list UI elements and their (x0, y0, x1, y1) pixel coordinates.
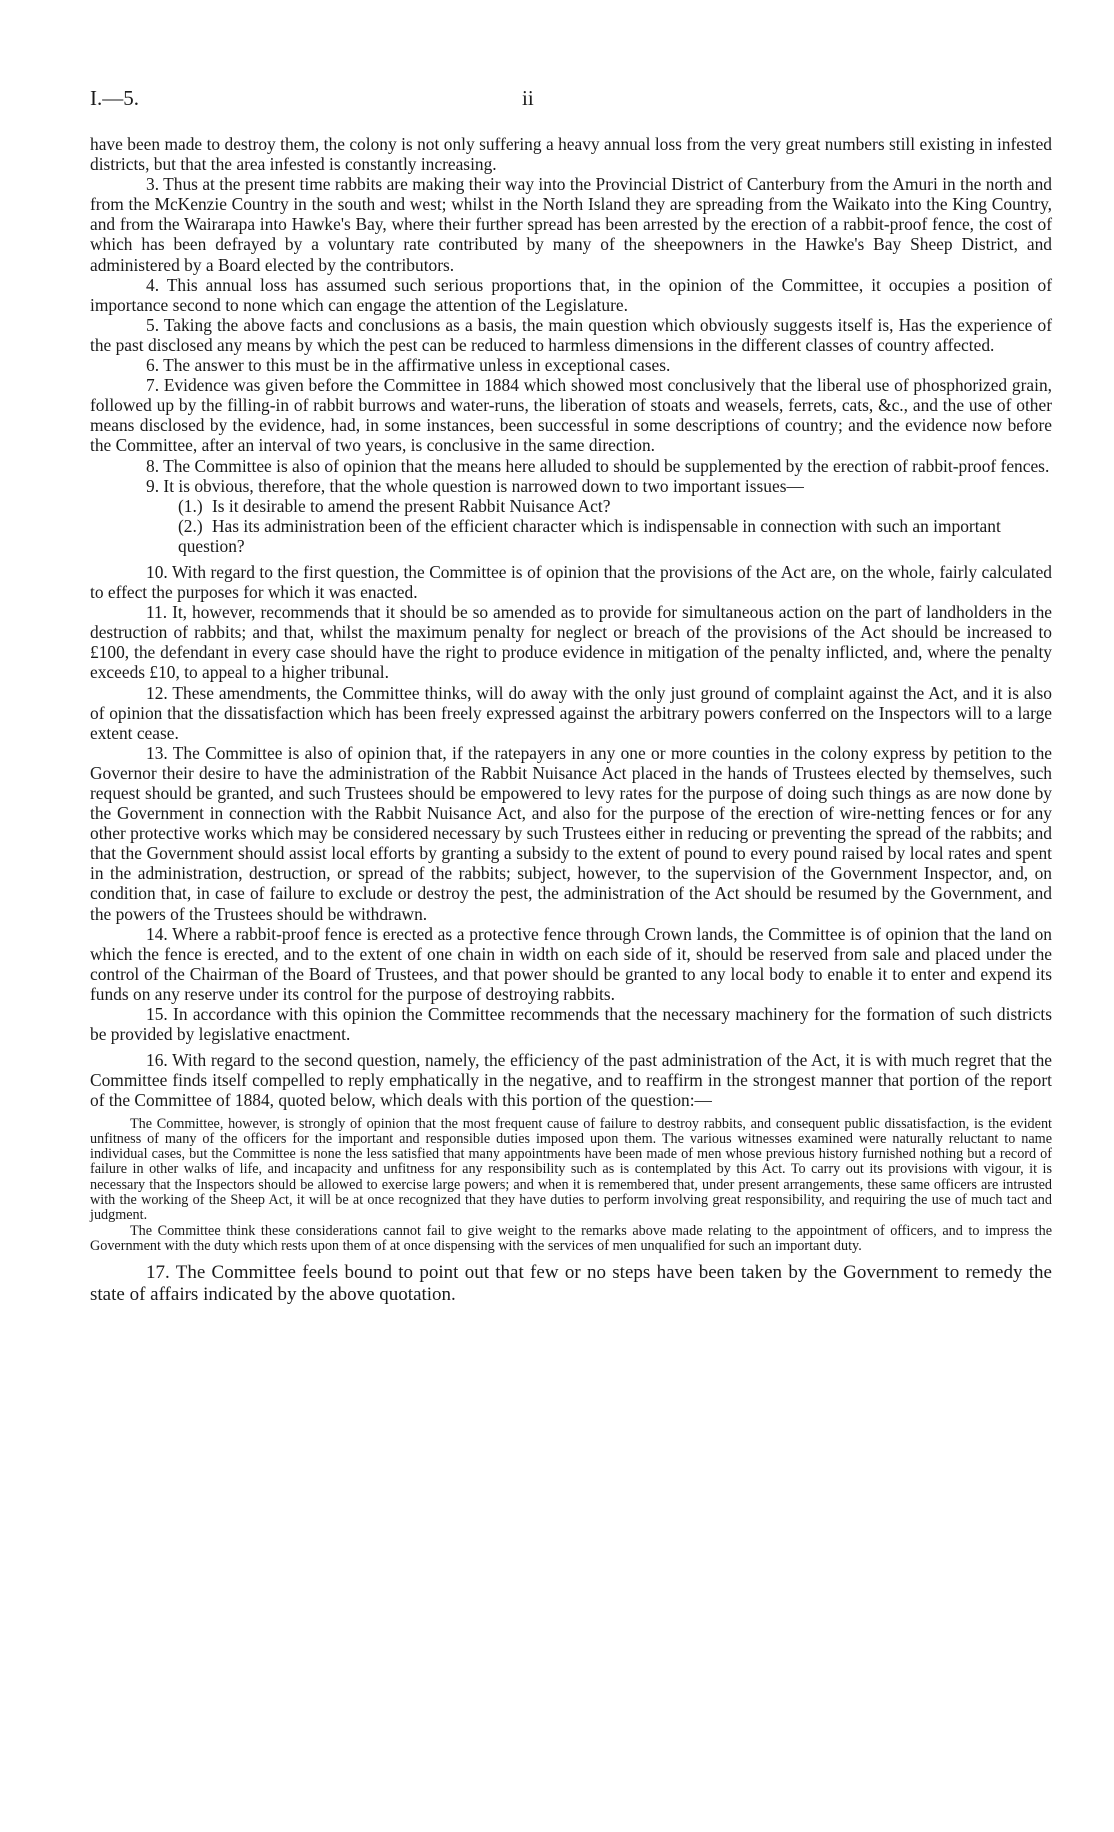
block-quotation: The Committee, however, is strongly of o… (90, 1117, 1052, 1255)
document-reference: I.—5. (90, 86, 139, 111)
paragraph-10: 10. With regard to the first question, t… (90, 562, 1052, 602)
paragraph-text: Evidence was given before the Committee … (90, 375, 1052, 455)
issue-number: (2.) (178, 516, 212, 536)
paragraph-16: 16. With regard to the second question, … (90, 1050, 1052, 1110)
paragraph-text: Thus at the present time rabbits are mak… (90, 174, 1052, 274)
issue-2: (2.)Has its administration been of the e… (90, 516, 1052, 556)
paragraph-text: This annual loss has assumed such seriou… (90, 275, 1052, 315)
paragraph-number: 10. (146, 562, 168, 582)
paragraph-14: 14. Where a rabbit-proof fence is erecte… (90, 924, 1052, 1004)
paragraph-number: 17. (146, 1262, 170, 1283)
paragraph-text: Where a rabbit-proof fence is erected as… (90, 924, 1052, 1004)
paragraph-number: 16. (146, 1050, 168, 1070)
paragraph-12: 12. These amendments, the Committee thin… (90, 683, 1052, 743)
paragraph-number: 4. (146, 275, 159, 295)
paragraph-15: 15. In accordance with this opinion the … (90, 1004, 1052, 1044)
quotation-paragraph: The Committee think these considerations… (90, 1224, 1052, 1255)
paragraph-text: Taking the above facts and conclusions a… (90, 315, 1052, 355)
page-number: ii (522, 86, 534, 111)
paragraph-number: 15. (146, 1004, 168, 1024)
paragraph-text: The Committee feels bound to point out t… (90, 1262, 1052, 1305)
issue-text: Is it desirable to amend the present Rab… (212, 496, 610, 516)
paragraph-13: 13. The Committee is also of opinion tha… (90, 743, 1052, 924)
running-head: I.—5. ii (90, 86, 1052, 110)
paragraph-11: 11. It, however, recommends that it shou… (90, 602, 1052, 682)
document-body: have been made to destroy them, the colo… (90, 134, 1052, 1306)
quotation-paragraph: The Committee, however, is strongly of o… (90, 1117, 1052, 1224)
paragraph-number: 6. (146, 355, 159, 375)
issue-number: (1.) (178, 496, 212, 516)
paragraph-number: 14. (146, 924, 168, 944)
paragraph-6: 6. The answer to this must be in the aff… (90, 355, 1052, 375)
issue-text: Has its administration been of the effic… (178, 516, 1001, 556)
intro-paragraph: have been made to destroy them, the colo… (90, 134, 1052, 174)
paragraph-text: With regard to the second question, name… (90, 1050, 1052, 1110)
paragraph-text: In accordance with this opinion the Comm… (90, 1004, 1052, 1044)
issue-1: (1.)Is it desirable to amend the present… (90, 496, 1052, 516)
paragraph-number: 11. (146, 602, 167, 622)
paragraph-text: With regard to the first question, the C… (90, 562, 1052, 602)
paragraph-number: 8. (146, 456, 159, 476)
paragraph-5: 5. Taking the above facts and conclusion… (90, 315, 1052, 355)
paragraph-number: 9. (146, 476, 159, 496)
paragraph-17: 17. The Committee feels bound to point o… (90, 1262, 1052, 1306)
paragraph-text: These amendments, the Committee thinks, … (90, 683, 1052, 743)
paragraph-text: The Committee is also of opinion that th… (163, 456, 1049, 476)
paragraph-text: The answer to this must be in the affirm… (163, 355, 670, 375)
paragraph-8: 8. The Committee is also of opinion that… (90, 456, 1052, 476)
paragraph-4: 4. This annual loss has assumed such ser… (90, 275, 1052, 315)
paragraph-text: It is obvious, therefore, that the whole… (163, 476, 803, 496)
paragraph-text: The Committee is also of opinion that, i… (90, 743, 1052, 924)
paragraph-number: 7. (146, 375, 159, 395)
paragraph-number: 12. (146, 683, 168, 703)
paragraph-3: 3. Thus at the present time rabbits are … (90, 174, 1052, 274)
paragraph-9: 9. It is obvious, therefore, that the wh… (90, 476, 1052, 496)
paragraph-number: 3. (146, 174, 159, 194)
paragraph-number: 13. (146, 743, 168, 763)
paragraph-number: 5. (146, 315, 159, 335)
paragraph-text: It, however, recommends that it should b… (90, 602, 1052, 682)
paragraph-7: 7. Evidence was given before the Committ… (90, 375, 1052, 455)
